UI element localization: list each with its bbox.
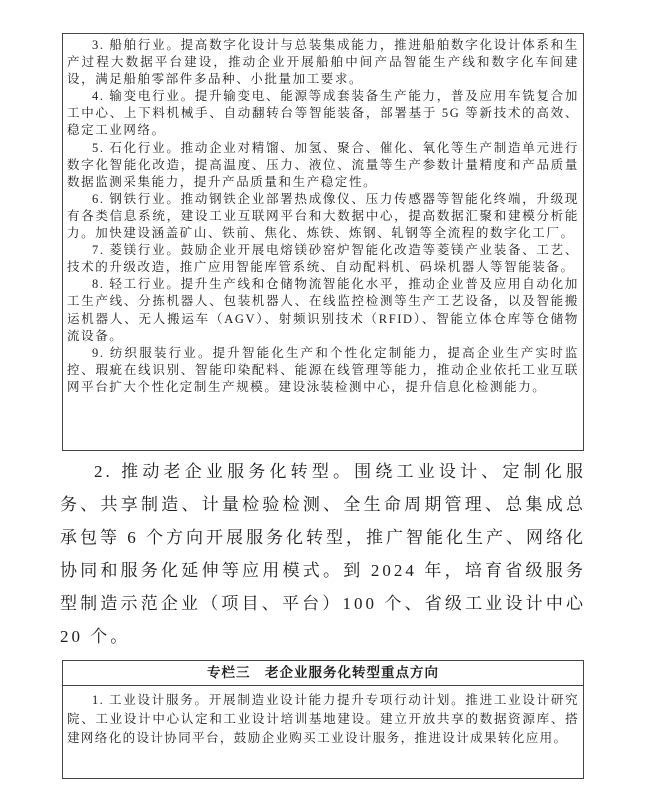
document-page: 3. 船舶行业。提高数字化设计与总装集成能力，推进船舶数字化设计体系和生产过程大… [0, 0, 646, 790]
column3-content: 1. 工业设计服务。开展制造业设计能力提升专项行动计划。推进工业设计研究院、工业… [63, 686, 583, 750]
industry-paragraph-petrochemical: 5. 石化行业。推动企业对精馏、加氢、聚合、催化、氧化等生产制造单元进行数字化智… [67, 140, 579, 191]
industries-panel: 3. 船舶行业。提高数字化设计与总装集成能力，推进船舶数字化设计体系和生产过程大… [62, 33, 584, 451]
column3-paragraph-industrial-design: 1. 工业设计服务。开展制造业设计能力提升专项行动计划。推进工业设计研究院、工业… [67, 691, 579, 748]
industry-paragraph-power-transmission: 4. 输变电行业。提升输变电、能源等成套装备生产能力，普及应用车铣复合加工中心、… [67, 88, 579, 139]
industry-paragraph-shipbuilding: 3. 船舶行业。提高数字化设计与总装集成能力，推进船舶数字化设计体系和生产过程大… [67, 37, 579, 88]
industry-paragraph-steel: 6. 钢铁行业。推动钢铁企业部署热成像仪、压力传感器等智能化终端，升级现有各类信… [67, 191, 579, 242]
column3-panel: 专栏三 老企业服务化转型重点方向 1. 工业设计服务。开展制造业设计能力提升专项… [62, 660, 584, 779]
column3-title: 专栏三 老企业服务化转型重点方向 [63, 661, 583, 686]
industry-paragraph-magnesite: 7. 菱镁行业。鼓励企业开展电熔镁砂窑炉智能化改造等菱镁产业装备、工艺、技术的升… [67, 242, 579, 276]
industry-paragraph-textile: 9. 纺织服装行业。提升智能化生产和个性化定制能力，提高企业生产实时监控、瑕疵在… [67, 345, 579, 396]
industry-paragraph-light-industry: 8. 轻工行业。提升生产线和仓储物流智能化水平，推动企业普及应用自动化加工生产线… [67, 276, 579, 344]
body-paragraph-service-transformation: 2. 推动老企业服务化转型。围绕工业设计、定制化服务、共享制造、计量检验检测、全… [60, 455, 586, 655]
